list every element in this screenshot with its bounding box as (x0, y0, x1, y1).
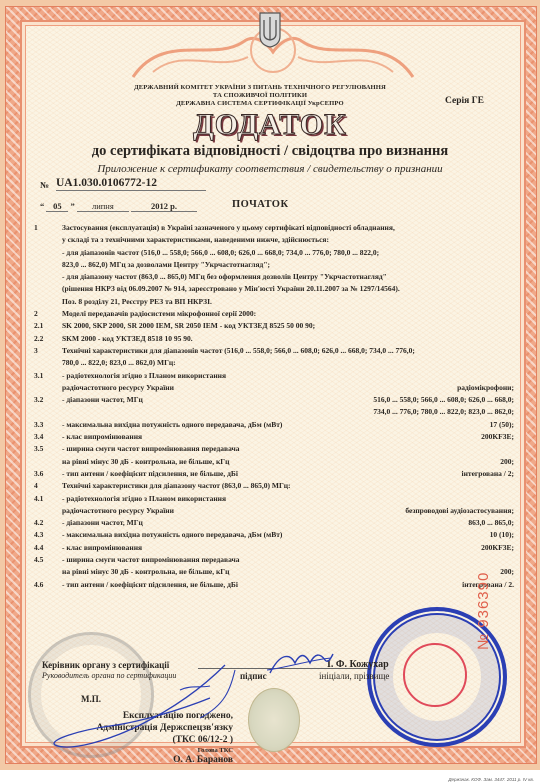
section-number: 3 (34, 345, 62, 357)
section-number: 4.3 (34, 529, 62, 541)
section-row: на рівні мінус 30 дБ - контрольна, не бі… (34, 566, 514, 578)
date-day: 05 (46, 201, 68, 212)
section-number: 1 (34, 222, 62, 234)
section-row: 2.1SK 2000, SKP 2000, SR 2000 IEM, SR 20… (34, 320, 514, 332)
hologram-coat-of-arms (248, 688, 300, 752)
section-value: радіомікрофони; (457, 382, 514, 394)
section-row: 1Застосування (експлуатація) в Україні з… (34, 222, 514, 234)
section-row: 4.2- діапазони частот, МГц863,0 ... 865,… (34, 517, 514, 529)
section-row: 4.1- радіотехнологія згідно з Планом вик… (34, 493, 514, 505)
section-row: 3Технічні характеристики для діапазонів … (34, 345, 514, 357)
section-row: 4.6- тип антени / коефіцієнт підсилення,… (34, 579, 514, 591)
section-text: на рівні мінус 30 дБ - контрольна, не бі… (62, 566, 500, 578)
section-value: 17 (50); (490, 419, 514, 431)
section-number: 3.6 (34, 468, 62, 480)
section-row: 3.5- ширина смуги частот випромінювання … (34, 443, 514, 455)
signature-icon (265, 648, 335, 678)
section-number: 4.1 (34, 493, 62, 505)
section-text: Моделі передавачів радіосистеми мікрофон… (62, 308, 514, 320)
section-row: 823,0 ... 862,0) МГц за дозволами Центру… (34, 259, 514, 271)
section-row: Поз. 8 розділу 21, Реєстру РЕЗ та ВП НКР… (34, 296, 514, 308)
section-value: 734,0 ... 776,0; 780,0 ... 822,0; 823,0 … (373, 406, 514, 418)
section-text: Поз. 8 розділу 21, Реєстру РЕЗ та ВП НКР… (62, 296, 514, 308)
section-row: - для діапазонів частот (516,0 ... 558,0… (34, 247, 514, 259)
printer-footer: Держзнак. КОФ. Зам. 3447. 2011 р. IV кв. (448, 777, 534, 782)
section-text: 780,0 ... 822,0; 823,0 ... 862,0) МГц: (62, 357, 514, 369)
section-text: SK 2000, SKP 2000, SR 2000 IEM, SR 2050 … (62, 320, 514, 332)
signatory-name: І. Ф. Кожухар (327, 659, 389, 670)
section-value: 200KF3E; (481, 431, 514, 443)
page-title: ДОДАТОК (0, 108, 540, 142)
section-row: 2.2SKM 2000 - код УКТЗЕД 8518 10 95 90. (34, 333, 514, 345)
section-row: 2Моделі передавачів радіосистеми мікрофо… (34, 308, 514, 320)
section-text: - радіотехнологія згідно з Планом викори… (62, 370, 514, 382)
section-row: у складі та з технічними характеристикам… (34, 234, 514, 246)
section-value: 200; (500, 456, 514, 468)
section-text: радіочастотного ресурсу України (62, 505, 405, 517)
section-text: - радіотехнологія згідно з Планом викори… (62, 493, 514, 505)
section-text: SKM 2000 - код УКТЗЕД 8518 10 95 90. (62, 333, 514, 345)
section-number (34, 234, 62, 246)
section-row: 780,0 ... 822,0; 823,0 ... 862,0) МГц: (34, 357, 514, 369)
certificate-number: UA1.030.0106772-12 (56, 177, 206, 191)
section-number (34, 357, 62, 369)
subtitle-ru: Приложение к сертификату соответствия / … (0, 163, 540, 175)
section-value: безпроводові аудіозастосування; (405, 505, 514, 517)
section-text: - максимальна вихідна потужність одного … (62, 419, 490, 431)
section-value: інтегрована / 2; (461, 468, 514, 480)
section-row: 734,0 ... 776,0; 780,0 ... 822,0; 823,0 … (34, 406, 514, 418)
number-label: № (40, 180, 49, 190)
section-row: 3.1- радіотехнологія згідно з Планом вик… (34, 370, 514, 382)
section-row: 4.3- максимальна вихідна потужність одно… (34, 529, 514, 541)
section-value: 200KF3E; (481, 542, 514, 554)
section-text: - для діапазону частот (863,0 ... 865,0)… (62, 271, 514, 283)
section-number (34, 505, 62, 517)
section-text (62, 406, 373, 418)
section-row: на рівні мінус 30 дБ - контрольна, не бі… (34, 456, 514, 468)
section-number (34, 259, 62, 271)
section-text: - клас випромінювання (62, 431, 481, 443)
section-text: - ширина смуги частот випромінювання пер… (62, 443, 514, 455)
section-text: Технічні характеристики для діапазону ча… (62, 480, 514, 492)
red-seal (403, 643, 467, 707)
section-number (34, 406, 62, 418)
section-text: - ширина смуги частот випромінювання пер… (62, 554, 514, 566)
section-text: - для діапазонів частот (516,0 ... 558,0… (62, 247, 514, 259)
section-row: 3.4- клас випромінювання200KF3E; (34, 431, 514, 443)
section-number: 3.1 (34, 370, 62, 382)
section-text: 823,0 ... 862,0) МГц за дозволами Центру… (62, 259, 514, 271)
section-number: 3.4 (34, 431, 62, 443)
section-text: - тип антени / коефіцієнт підсилення, не… (62, 579, 462, 591)
serial-number: № 936390 (475, 572, 492, 650)
approval-line-5: О. А. Баранов (110, 755, 233, 765)
section-text: - максимальна вихідна потужність одного … (62, 529, 490, 541)
date-year: 2012 р. (131, 201, 197, 212)
section-row: 3.6- тип антени / коефіцієнт підсилення,… (34, 468, 514, 480)
section-number (34, 247, 62, 259)
section-row: - для діапазону частот (863,0 ... 865,0)… (34, 271, 514, 283)
certificate-date: “ 05 ” липня 2012 р. (40, 201, 197, 212)
section-number: 3.3 (34, 419, 62, 431)
section-row: радіочастотного ресурсу Українибезпровод… (34, 505, 514, 517)
section-number: 3.2 (34, 394, 62, 406)
issuer-line-2: ТА СПОЖИВЧОЇ ПОЛІТИКИ (110, 92, 410, 99)
section-number: 4.5 (34, 554, 62, 566)
approval-signature-icon (50, 660, 250, 755)
section-text: у складі та з технічними характеристикам… (62, 234, 514, 246)
series-label: Серія ГЕ (445, 96, 484, 106)
section-number: 2 (34, 308, 62, 320)
issuer-line-1: ДЕРЖАВНИЙ КОМІТЕТ УКРАЇНИ З ПИТАНЬ ТЕХНІ… (110, 84, 410, 91)
section-number (34, 382, 62, 394)
section-row: 4.5- ширина смуги частот випромінювання … (34, 554, 514, 566)
section-number: 2.2 (34, 333, 62, 345)
section-number (34, 283, 62, 295)
start-label: ПОЧАТОК (232, 199, 289, 210)
section-number (34, 296, 62, 308)
coat-of-arms-icon (259, 12, 281, 48)
section-text: Технічні характеристики для діапазонів ч… (62, 345, 514, 357)
section-text: Застосування (експлуатація) в Україні за… (62, 222, 514, 234)
certificate-body: 1Застосування (експлуатація) в Україні з… (34, 222, 514, 591)
section-number (34, 456, 62, 468)
section-row: (рішення НКРЗ від 06.09.2007 № 914, заре… (34, 283, 514, 295)
section-number (34, 566, 62, 578)
subtitle: до сертифіката відповідності / свідоцтва… (0, 143, 540, 160)
section-value: 516,0 ... 558,0; 566,0 ... 608,0; 626,0 … (373, 394, 514, 406)
section-row: 3.2- діапазони частот, МГц516,0 ... 558,… (34, 394, 514, 406)
section-text: - діапазони частот, МГц (62, 517, 468, 529)
section-number: 3.5 (34, 443, 62, 455)
section-text: - тип антени / коефіцієнт підсилення, не… (62, 468, 461, 480)
section-number: 2.1 (34, 320, 62, 332)
section-text: - клас випромінювання (62, 542, 481, 554)
date-month: липня (77, 201, 129, 212)
section-row: 4Технічні характеристики для діапазону ч… (34, 480, 514, 492)
section-text: на рівні мінус 30 дБ - контрольна, не бі… (62, 456, 500, 468)
issuer-line-3: ДЕРЖАВНА СИСТЕМА СЕРТИФІКАЦІЇ УкрСЕПРО (110, 100, 410, 107)
section-text: (рішення НКРЗ від 06.09.2007 № 914, заре… (62, 283, 514, 295)
section-text: - діапазони частот, МГц (62, 394, 373, 406)
section-number: 4 (34, 480, 62, 492)
section-number: 4.6 (34, 579, 62, 591)
section-number: 4.4 (34, 542, 62, 554)
section-row: радіочастотного ресурсу Українирадіомікр… (34, 382, 514, 394)
section-value: 863,0 ... 865,0; (468, 517, 514, 529)
section-row: 4.4- клас випромінювання200KF3E; (34, 542, 514, 554)
section-value: 10 (10); (490, 529, 514, 541)
section-row: 3.3- максимальна вихідна потужність одно… (34, 419, 514, 431)
section-text: радіочастотного ресурсу України (62, 382, 457, 394)
section-number: 4.2 (34, 517, 62, 529)
section-number (34, 271, 62, 283)
section-value: 200; (500, 566, 514, 578)
